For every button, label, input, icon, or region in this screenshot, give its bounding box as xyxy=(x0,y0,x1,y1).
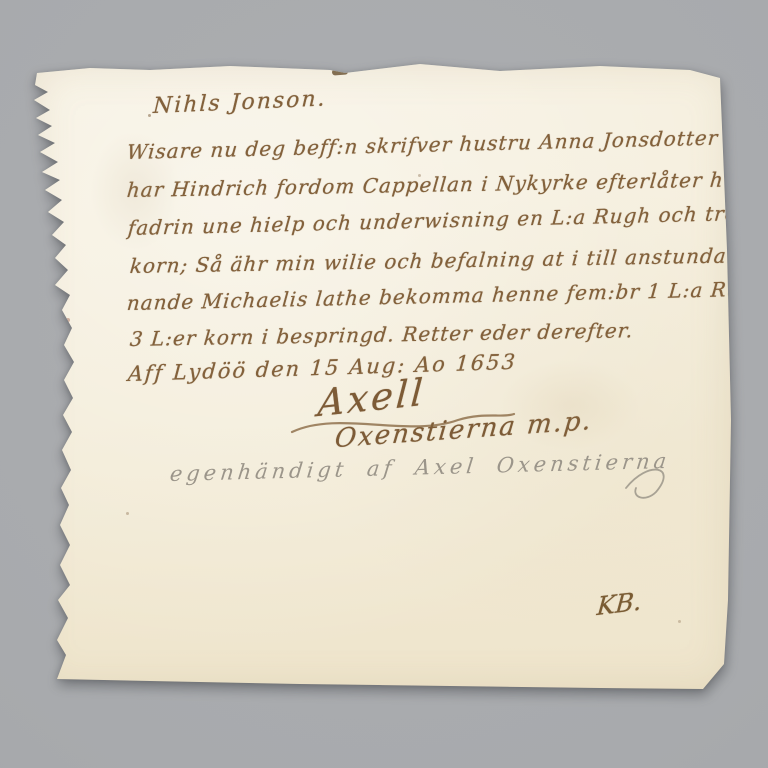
top-edge-tear-stain xyxy=(332,68,348,75)
paper-speck xyxy=(678,620,681,623)
paper-speck xyxy=(66,318,70,322)
collection-mark: KB. xyxy=(596,586,643,621)
paper-speck xyxy=(126,512,129,515)
body-line: har Hindrich fordom Cappellan i Nykyrke … xyxy=(126,167,768,202)
paper-speck xyxy=(148,114,151,117)
body-line: nande Michaelis lathe bekomma henne fem:… xyxy=(126,276,768,315)
letter-photo: Nihls Jonson. Wisare nu deg beff:n skrif… xyxy=(30,60,735,695)
pencil-annotation: egenhändigt af Axel Oxenstierna xyxy=(169,449,672,486)
body-line: korn; Så ähr min wilie och befalning at … xyxy=(129,243,750,278)
letter-paper: Nihls Jonson. Wisare nu deg beff:n skrif… xyxy=(30,60,735,695)
body-line: fadrin une hielp och underwisning en L:a… xyxy=(127,199,768,240)
body-line: Wisare nu deg beff:n skrifver hustru Ann… xyxy=(126,125,744,164)
body-line: 3 L:er korn i bespringd. Retter eder der… xyxy=(129,318,635,351)
paper-speck xyxy=(418,174,421,177)
salutation-line: Nihls Jonson. xyxy=(152,86,327,119)
